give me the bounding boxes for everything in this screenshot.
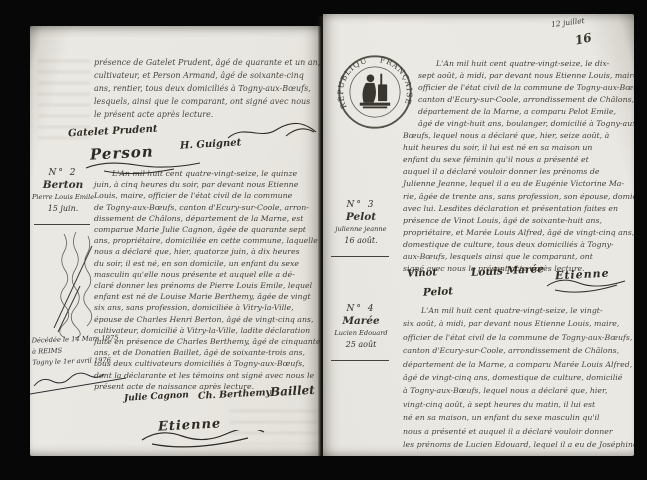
manuscript-line: les prénoms de Lucien Edouard, lequel il… xyxy=(403,438,633,451)
manuscript-line: tous deux cultivateurs domiciliés à Togn… xyxy=(94,358,321,369)
act3-date: 16 août. xyxy=(329,236,393,245)
margin-rule xyxy=(331,256,389,257)
signature-vinot: Vinot xyxy=(407,267,437,280)
manuscript-line: faite en présence de Charles Berthemy, â… xyxy=(94,336,321,347)
manuscript-line: cultivateur, domicilié à Vitry-la-Ville,… xyxy=(94,325,321,336)
act4-number: N° 4 xyxy=(329,304,393,314)
signature-louis-maree: Louis Marée xyxy=(471,263,544,279)
signature-baillet: Baillet xyxy=(270,383,315,399)
manuscript-line: six août, à midi, par devant nous Etienn… xyxy=(403,317,633,330)
act2-number: N° 2 xyxy=(32,168,94,178)
manuscript-line: présence de Gatelet Prudent, âgé de quar… xyxy=(94,56,320,69)
manuscript-line: rie, âgée de trente ans, sans profession… xyxy=(403,191,631,203)
official-signature-swash xyxy=(138,430,268,450)
manuscript-line: L'An mil huit cent quatre-vingt-seize, l… xyxy=(403,304,633,317)
manuscript-line: comparue Marie Julie Cagnon, âgée de qua… xyxy=(94,224,321,235)
manuscript-line: canton d'Ecury-sur-Coole, arrondissement… xyxy=(403,94,631,106)
manuscript-line: avec lui. Lesdites déclaration et présen… xyxy=(403,203,631,215)
manuscript-line: L'An mil huit cent quatre-vingt-seize, l… xyxy=(94,168,321,179)
signature-pelot: Pelot xyxy=(423,285,454,299)
manuscript-line: auquel il a déclaré vouloir donner les p… xyxy=(403,166,631,178)
act2-text: L'An mil huit cent quatre-vingt-seize, l… xyxy=(94,168,321,392)
manuscript-line: du soir, il est né, en son domicile, un … xyxy=(94,258,321,269)
corner-date-annotation: 12 juillet xyxy=(551,16,586,29)
manuscript-line: aux-Bœufs, lesquels ainsi que le compara… xyxy=(403,251,631,263)
act3-given-names: julienne jeanne xyxy=(329,225,393,233)
manuscript-line: cultivateur, et Person Armand, âgé de so… xyxy=(94,69,320,82)
act4-text: L'An mil huit cent quatre-vingt-seize, l… xyxy=(403,304,633,451)
signature-julie-cagnon: Julie Cagnon xyxy=(124,390,189,403)
act3-surname: Pelot xyxy=(329,211,393,223)
manuscript-line: dont la déclarante et les témoins ont si… xyxy=(94,370,321,381)
margin-rule xyxy=(331,360,389,361)
right-page: 12 juillet 16 RÉPUBLIQUE FRANÇAISE xyxy=(323,14,634,456)
act3-margin-note: N° 3 Pelot julienne jeanne 16 août. xyxy=(329,200,393,245)
manuscript-line: âgé de vingt-huit ans, boulanger, domici… xyxy=(403,118,631,130)
act4-date: 25 août xyxy=(329,340,393,349)
manuscript-line: domestique de culture, tous deux domicil… xyxy=(403,239,631,251)
act2-margin-note: N° 2 Berton Pierre Louis Emile 15 juin. xyxy=(32,168,94,213)
manuscript-line: ans, propriétaire, domiciliée en cette c… xyxy=(94,235,321,246)
manuscript-line: dissement de Châlons, département de la … xyxy=(94,213,321,224)
official-signature-swash xyxy=(545,278,627,294)
act2-date: 15 juin. xyxy=(32,204,94,213)
act2-surname: Berton xyxy=(32,179,94,191)
manuscript-line: officier de l'état civil de la commune d… xyxy=(403,82,631,94)
manuscript-line: département de la Marne, a comparu Pelot… xyxy=(403,106,631,118)
manuscript-line: département de la Marne, a comparu Marée… xyxy=(403,358,633,371)
manuscript-line: ans, et de Donatien Baillet, âgé de soix… xyxy=(94,347,321,358)
manuscript-line: lesquels, ainsi que le comparant, ont si… xyxy=(94,95,320,108)
manuscript-line: vingt-cinq août, à sept heures du matin,… xyxy=(403,398,633,411)
left-page: présence de Gatelet Prudent, âgé de quar… xyxy=(30,26,321,456)
manuscript-line: enfant du sexe féminin qu'il nous a prés… xyxy=(403,154,631,166)
manuscript-line: enfant est né de Louise Marie Berthemy, … xyxy=(94,291,321,302)
manuscript-line: sept août, à midi, par devant nous Etien… xyxy=(403,70,631,82)
seated-marianne-figure xyxy=(360,74,390,109)
manuscript-line: Bœufs, lequel nous a déclaré que, hier, … xyxy=(403,130,631,142)
margin-rule xyxy=(34,224,90,225)
manuscript-line: propriétaire, et Marée Louis Alfred, âgé… xyxy=(403,227,631,239)
manuscript-line: âgé de vingt-cinq ans, domestique de cul… xyxy=(403,371,633,384)
manuscript-line: canton d'Ecury-sur-Coole, arrondissement… xyxy=(403,344,633,357)
rotated-marginal-note xyxy=(50,228,100,340)
signature-gatelet-prudent: Gatelet Prudent xyxy=(68,124,158,140)
register-scan: présence de Gatelet Prudent, âgé de quar… xyxy=(0,0,647,480)
act3-number: N° 3 xyxy=(329,200,393,210)
manuscript-line: L'An mil huit cent quatre-vingt-seize, l… xyxy=(403,58,631,70)
manuscript-line: juin, à cinq heures du soir, par devant … xyxy=(94,179,321,190)
republique-francaise-seal-icon: RÉPUBLIQUE FRANÇAISE xyxy=(337,54,413,130)
manuscript-line: épouse de Charles Henri Berton, âgé de v… xyxy=(94,314,321,325)
manuscript-line: huit heures du soir, il lui est né en sa… xyxy=(403,142,631,154)
act4-given-names: Lucien Edouard xyxy=(329,329,393,337)
act2-given-names: Pierre Louis Emile xyxy=(32,193,94,201)
manuscript-line: claré donner les prénoms de Pierre Louis… xyxy=(94,280,321,291)
manuscript-line: masculin qu'elle nous présente et auquel… xyxy=(94,269,321,280)
act3-text: L'An mil huit cent quatre-vingt-seize, l… xyxy=(403,58,631,275)
manuscript-line: né en sa maison, un enfant du sexe mascu… xyxy=(403,411,633,424)
manuscript-line: présence de Vinot Louis, âgé de soixante… xyxy=(403,215,631,227)
signature-ch-berthemy: Ch. Berthemy xyxy=(198,387,272,402)
act4-margin-note: N° 4 Marée Lucien Edouard 25 août xyxy=(329,304,393,349)
manuscript-line: officier de l'état civil de la commune d… xyxy=(403,331,633,344)
official-paraph-flourish xyxy=(226,120,318,144)
manuscript-line: Louis, maire, officier de l'état civil d… xyxy=(94,190,321,201)
manuscript-line: six ans, sans profession, domiciliée à V… xyxy=(94,302,321,313)
manuscript-line: ans, rentier, tous deux domiciliés à Tog… xyxy=(94,82,320,95)
act1-text: présence de Gatelet Prudent, âgé de quar… xyxy=(94,56,320,121)
act4-surname: Marée xyxy=(329,315,393,327)
manuscript-line: Julienne Jeanne, lequel il a eu de Eugén… xyxy=(403,178,631,190)
folio-number: 16 xyxy=(574,30,593,47)
manuscript-line: nous a déclaré que, hier, quatorze juin,… xyxy=(94,246,321,257)
manuscript-line: à Togny-aux-Bœufs, lequel nous a déclaré… xyxy=(403,384,633,397)
manuscript-line: de Togny-aux-Bœufs, canton d'Ecury-sur-C… xyxy=(94,202,321,213)
manuscript-line: nous a présenté et auquel il a déclaré v… xyxy=(403,425,633,438)
